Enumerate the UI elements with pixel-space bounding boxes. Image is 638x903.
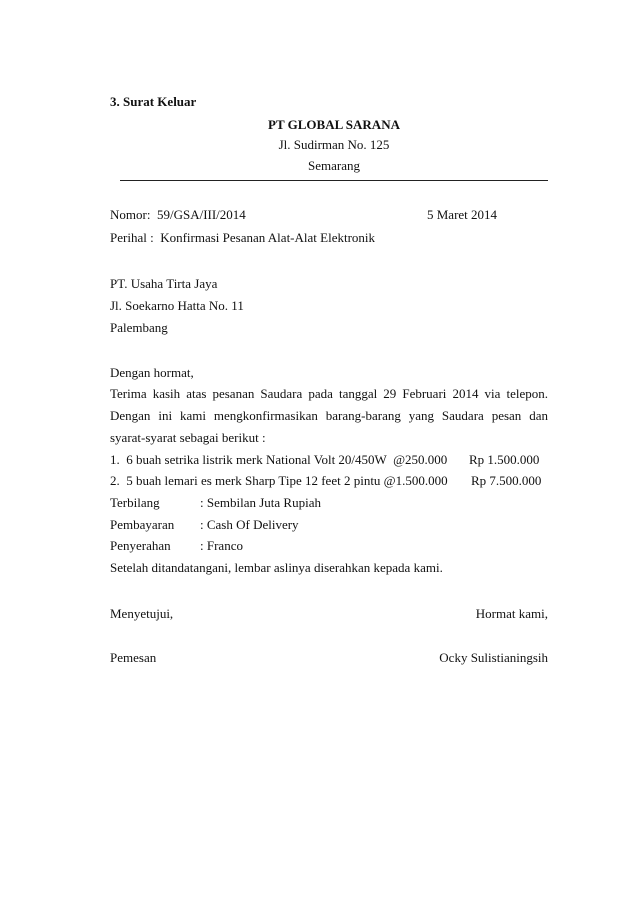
signature-left-heading: Menyetujui, [110,606,173,622]
colon: : [147,207,157,222]
colon: : [147,230,160,245]
item-1: 1. 6 buah setrika listrik merk National … [110,452,447,468]
section-title: 3. Surat Keluar [110,94,196,110]
paragraph-line-1: Terima kasih atas pesanan Saudara pada t… [110,386,548,402]
signature-right-name: Ocky Sulistianingsih [439,650,548,666]
nomor-row: Nomor: 59/GSA/III/2014 [110,207,246,223]
perihal-value: Konfirmasi Pesanan Alat-Alat Elektronik [160,230,375,245]
term-label: Pembayaran [110,517,200,533]
item-2-price: Rp 7.500.000 [471,473,541,489]
item-1-price: Rp 1.500.000 [469,452,539,468]
term-pembayaran: Pembayaran: Cash Of Delivery [110,517,299,533]
perihal-row: Perihal : Konfirmasi Pesanan Alat-Alat E… [110,230,375,246]
letterhead-divider [120,180,548,181]
recipient-city: Palembang [110,320,168,336]
paragraph-line-2: Dengan ini kami mengkonfirmasikan barang… [110,408,548,424]
nomor-label: Nomor [110,207,147,222]
closing-sentence: Setelah ditandatangani, lembar aslinya d… [110,560,443,576]
term-value: : Franco [200,538,243,553]
company-address: Jl. Sudirman No. 125 [120,137,548,153]
term-terbilang: Terbilang: Sembilan Juta Rupiah [110,495,321,511]
term-penyerahan: Penyerahan: Franco [110,538,243,554]
recipient-address: Jl. Soekarno Hatta No. 11 [110,298,244,314]
recipient-name: PT. Usaha Tirta Jaya [110,276,217,292]
nomor-value: 59/GSA/III/2014 [157,207,246,222]
perihal-label: Perihal [110,230,147,245]
item-2: 2. 5 buah lemari es merk Sharp Tipe 12 f… [110,473,448,489]
paragraph-line-3: syarat-syarat sebagai berikut : [110,430,266,446]
signature-left-name: Pemesan [110,650,156,666]
letter-date: 5 Maret 2014 [427,207,497,223]
term-value: : Cash Of Delivery [200,517,299,532]
greeting: Dengan hormat, [110,365,194,381]
company-name: PT GLOBAL SARANA [120,117,548,133]
company-city: Semarang [120,158,548,174]
signature-right-heading: Hormat kami, [476,606,548,622]
term-value: : Sembilan Juta Rupiah [200,495,321,510]
term-label: Penyerahan [110,538,200,554]
term-label: Terbilang [110,495,200,511]
